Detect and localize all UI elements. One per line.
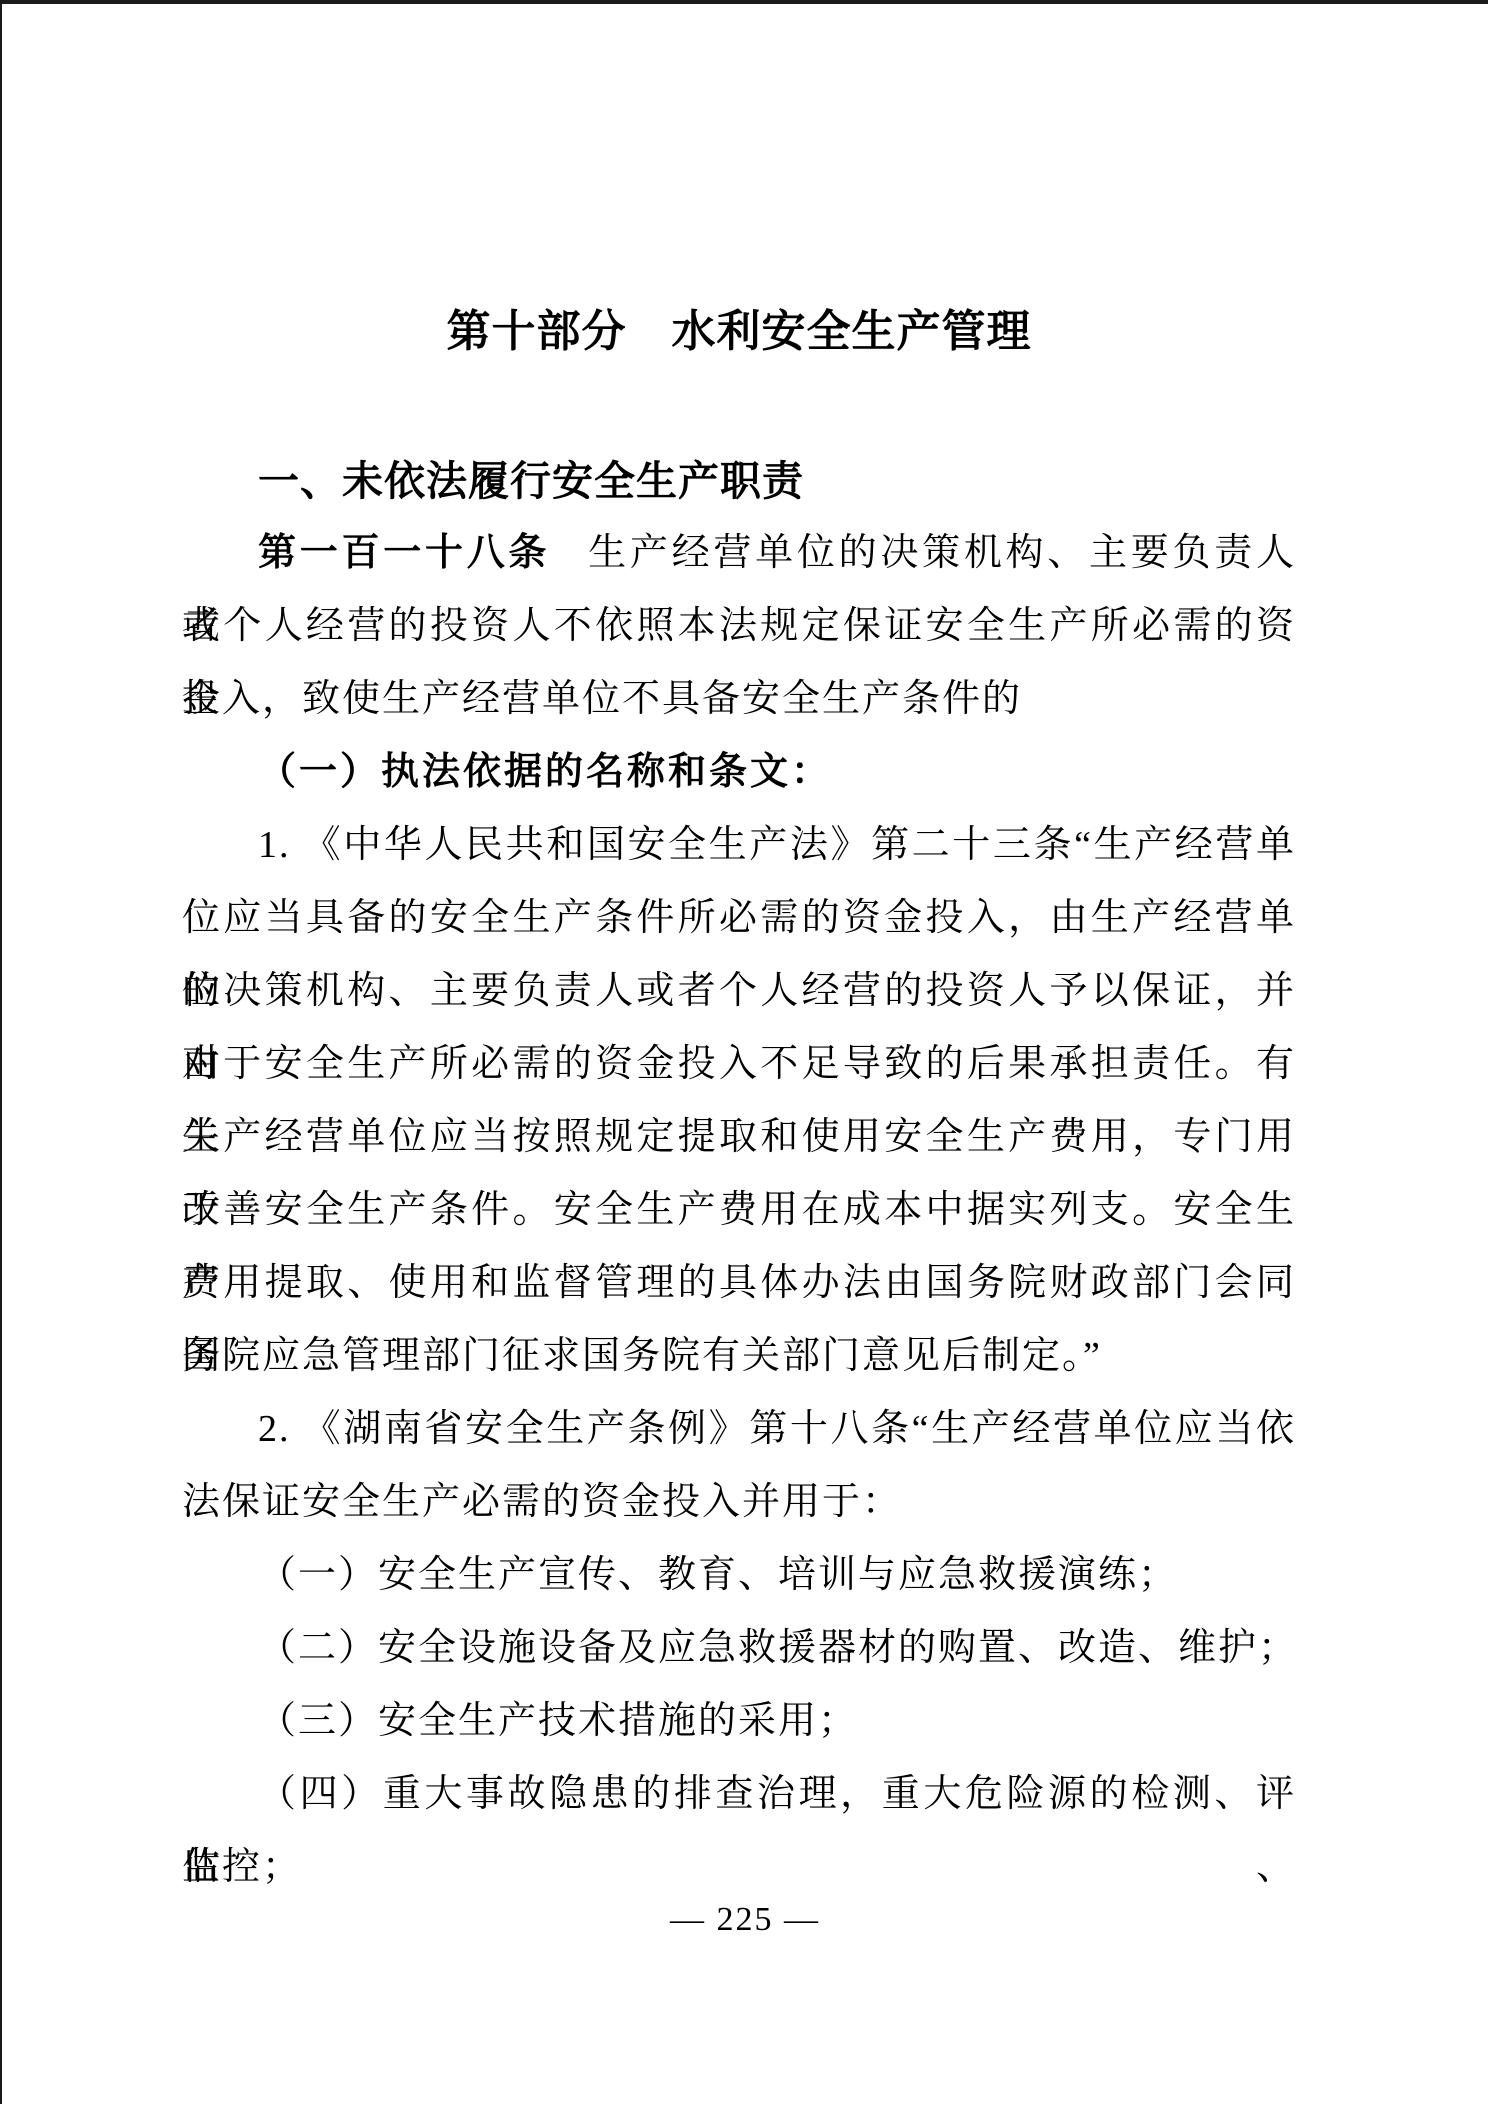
body-line: 1. 《中华人民共和国安全生产法》第二十三条“生产经营单 xyxy=(182,809,1296,882)
body-line: 法保证安全生产必需的资金投入并用于： xyxy=(182,1466,1296,1539)
document-body: 第一百一十八条生产经营单位的决策机构、主要负责人或者个人经营的投资人不依照本法规… xyxy=(182,517,1296,1904)
body-line: 2. 《湖南省安全生产条例》第十八条“生产经营单位应当依 xyxy=(182,1393,1296,1466)
body-line: （一）执法依据的名称和条文： xyxy=(182,736,1296,809)
body-line: 者个人经营的投资人不依照本法规定保证安全生产所必需的资金 xyxy=(182,590,1296,663)
body-line: （四）重大事故隐患的排查治理，重大危险源的检测、评估、 xyxy=(182,1758,1296,1831)
article-number-label: 第一百一十八条 xyxy=(258,532,550,574)
body-line: 的决策机构、主要负责人或者个人经营的投资人予以保证，并对 xyxy=(182,955,1296,1028)
page-number: — 225 — xyxy=(2,1900,1488,1940)
page-content: 第十部分 水利安全生产管理 一、未依法履行安全生产职责 第一百一十八条生产经营单… xyxy=(2,306,1488,1904)
part-title: 第十部分 水利安全生产管理 xyxy=(182,306,1296,358)
body-line: 第一百一十八条生产经营单位的决策机构、主要负责人或 xyxy=(182,517,1296,590)
body-line: 投入，致使生产经营单位不具备安全生产条件的 xyxy=(182,663,1296,736)
body-line: 务院应急管理部门征求国务院有关部门意见后制定。” xyxy=(182,1320,1296,1393)
body-line: 费用提取、使用和监督管理的具体办法由国务院财政部门会同国 xyxy=(182,1247,1296,1320)
body-line: 由于安全生产所必需的资金投入不足导致的后果承担责任。有关 xyxy=(182,1028,1296,1101)
body-line: 改善安全生产条件。安全生产费用在成本中据实列支。安全生产 xyxy=(182,1174,1296,1247)
section-heading: 一、未依法履行安全生产职责 xyxy=(182,456,1296,506)
body-line: 生产经营单位应当按照规定提取和使用安全生产费用，专门用于 xyxy=(182,1101,1296,1174)
body-line: （一）安全生产宣传、教育、培训与应急救援演练； xyxy=(182,1539,1296,1612)
body-line: （三）安全生产技术措施的采用； xyxy=(182,1685,1296,1758)
body-line: （二）安全设施设备及应急救援器材的购置、改造、维护； xyxy=(182,1612,1296,1685)
document-page: 第十部分 水利安全生产管理 一、未依法履行安全生产职责 第一百一十八条生产经营单… xyxy=(0,0,1488,2104)
body-line: 位应当具备的安全生产条件所必需的资金投入，由生产经营单位 xyxy=(182,882,1296,955)
